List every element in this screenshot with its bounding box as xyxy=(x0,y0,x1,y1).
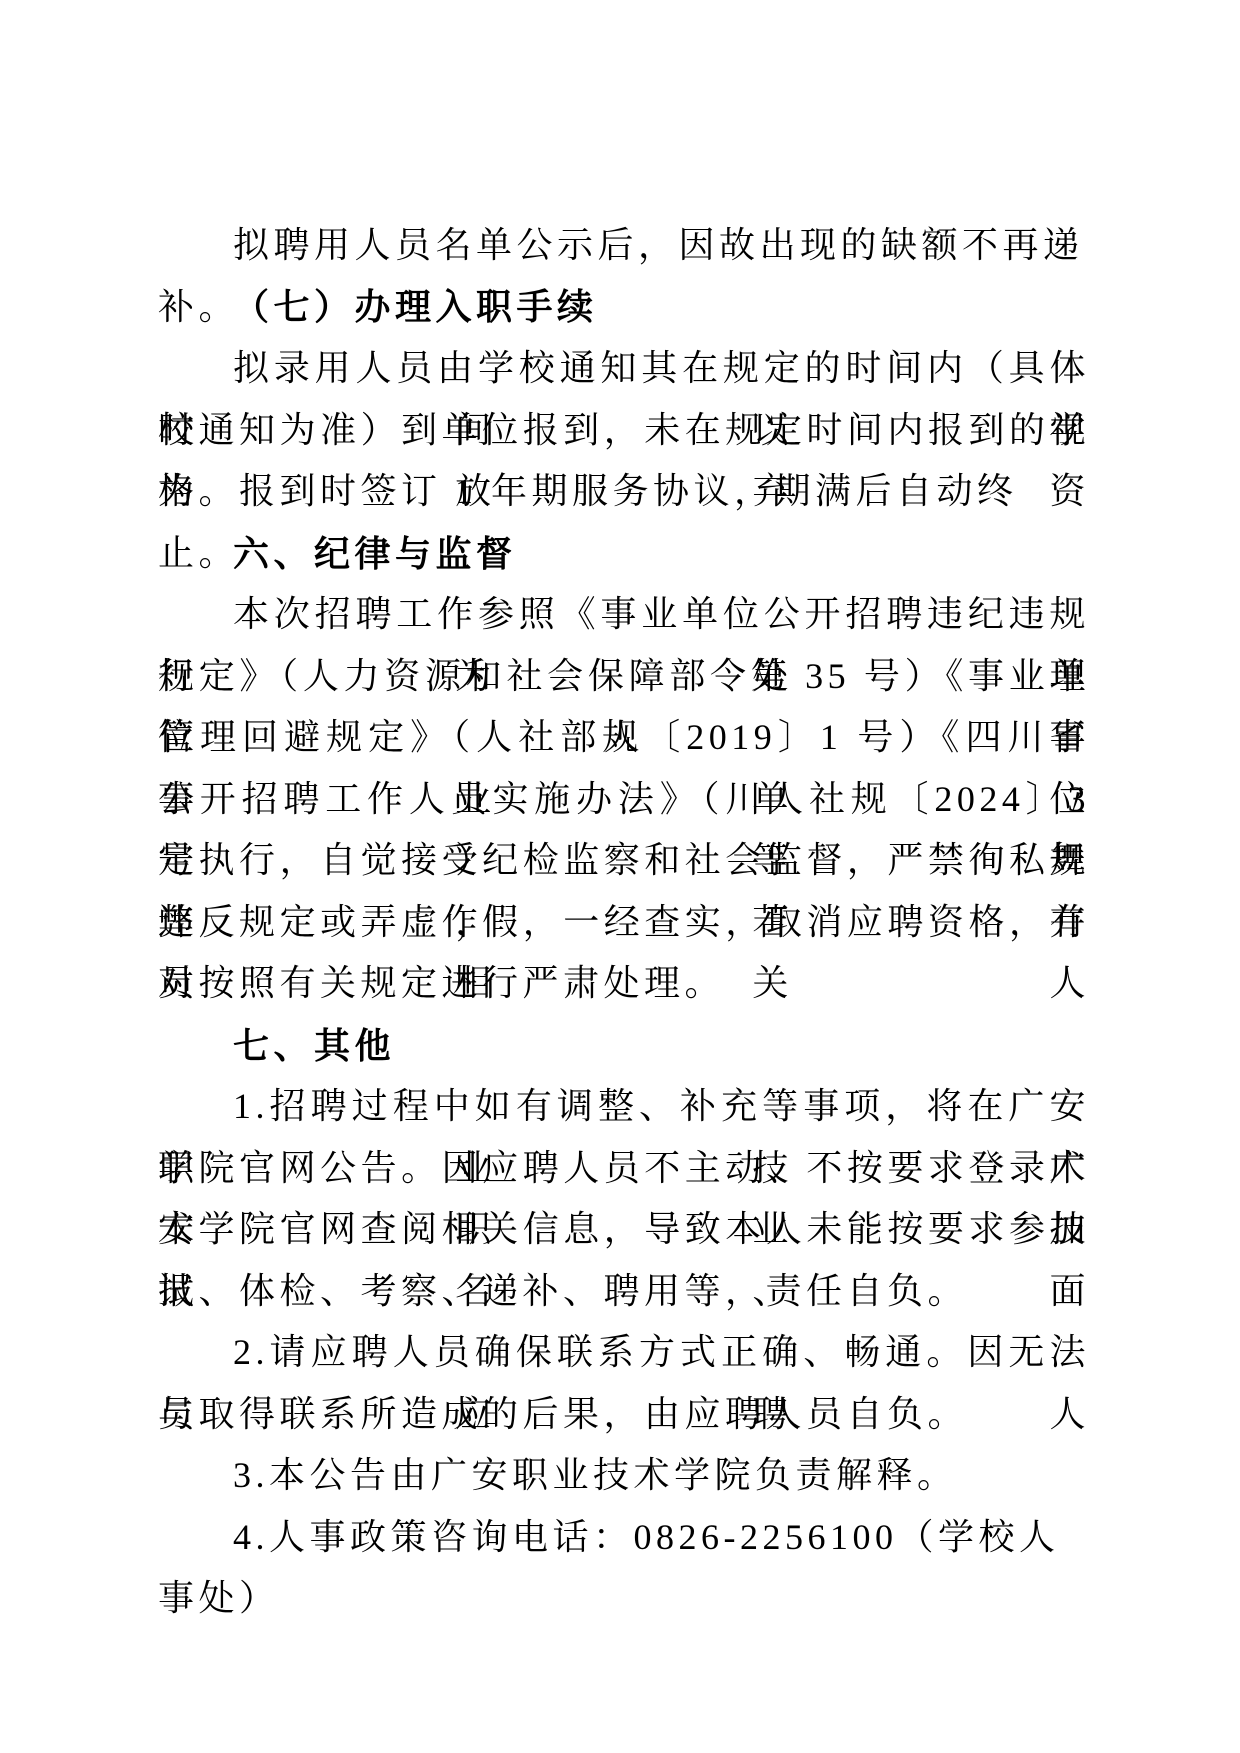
paragraph-line-others-3: 3.本公告由广安职业技术学院负责解释。 xyxy=(158,1445,1090,1507)
paragraph-line-discipline-1: 本次招聘工作参照《事业单位公开招聘违纪违规行为处理 xyxy=(158,584,1090,646)
paragraph-line-discipline-3: 管理回避规定》（人社部规〔2019〕1 号）《四川省事业单位 xyxy=(158,707,1090,769)
paragraph-line-vacancy-no-refill: 拟聘用人员名单公示后，因故出现的缺额不再递补。 xyxy=(158,215,1090,277)
paragraph-line-others-1a: 1.招聘过程中如有调整、补充等事项，将在广安职业技术 xyxy=(158,1076,1090,1138)
paragraph-line-discipline-4: 公开招聘工作人员实施办法》（川人社规〔2024〕3 号）等规 xyxy=(158,769,1090,831)
paragraph-line-others-4-phone: 4.人事政策咨询电话：0826-2256100（学校人事处） xyxy=(158,1507,1090,1569)
paragraph-line-others-1b: 学院官网公告。因应聘人员不主动、不按要求登录广安职业技 xyxy=(158,1138,1090,1200)
paragraph-line-report-notice-3: 格。报到时签订 1 年期服务协议，期满后自动终止。 xyxy=(158,461,1090,523)
paragraph-line-report-notice-1: 拟录用人员由学校通知其在规定的时间内（具体时间以学 xyxy=(158,338,1090,400)
paragraph-line-discipline-6: 违反规定或弄虚作假，一经查实，取消应聘资格，并对相关人 xyxy=(158,892,1090,954)
paragraph-line-report-notice-2: 校通知为准）到单位报到，未在规定时间内报到的视为放弃资 xyxy=(158,400,1090,462)
paragraph-line-others-2a: 2.请应聘人员确保联系方式正确、畅通。因无法与应聘人 xyxy=(158,1322,1090,1384)
document-body: 拟聘用人员名单公示后，因故出现的缺额不再递补。 （七）办理入职手续 拟录用人员由… xyxy=(158,215,1090,1568)
paragraph-line-discipline-2: 规定》（人力资源和社会保障部令第 35 号）《事业单位人事 xyxy=(158,646,1090,708)
paragraph-line-others-1d: 试、体检、考察、递补、聘用等，责任自负。 xyxy=(158,1261,1090,1323)
paragraph-line-others-1c: 术学院官网查阅相关信息，导致本人未能按要求参加报名、面 xyxy=(158,1199,1090,1261)
heading-others: 七、其他 xyxy=(158,1015,1090,1077)
heading-discipline-supervision: 六、纪律与监督 xyxy=(158,523,1090,585)
document-page: 拟聘用人员名单公示后，因故出现的缺额不再递补。 （七）办理入职手续 拟录用人员由… xyxy=(0,0,1240,1753)
paragraph-line-discipline-5: 定执行，自觉接受纪检监察和社会监督，严禁徇私舞弊，若有 xyxy=(158,830,1090,892)
paragraph-line-others-2b: 员取得联系所造成的后果，由应聘人员自负。 xyxy=(158,1384,1090,1446)
subheading-onboarding-procedures: （七）办理入职手续 xyxy=(158,277,1090,339)
